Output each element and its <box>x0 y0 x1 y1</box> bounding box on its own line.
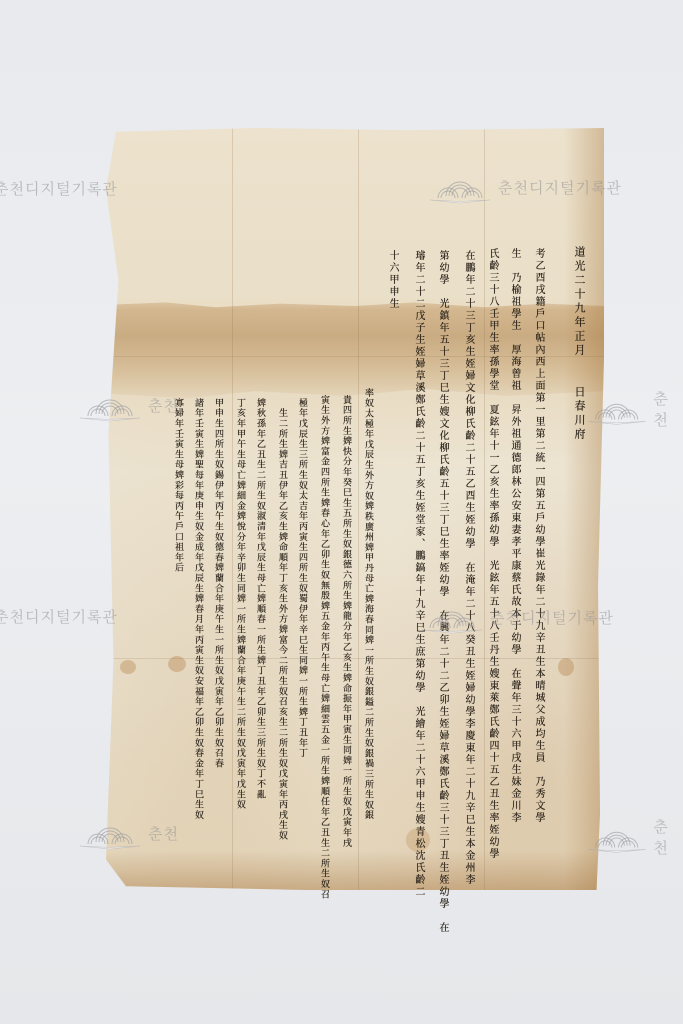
watermark: 춘천디지털기록관 <box>428 170 622 204</box>
watermark-text: 춘천 <box>148 395 179 416</box>
archive-logo-icon <box>586 392 647 426</box>
watermark-text: 춘천디지털기록관 <box>498 177 622 198</box>
fold-line <box>358 128 359 890</box>
text-column: 寅生外方婢富金四所生婢春心年乙卯生奴無殷婢五金年丙午生母亡婢細雲五金一所生婢順任… <box>318 395 330 875</box>
text-column: 考乙酉戌籍戶口帖內西上面第一里第二統一四第五戶幼學崔光錄年二十九辛丑生本晴城父成… <box>532 248 544 878</box>
watermark: 춘천디지털기록관 <box>0 606 118 627</box>
text-column-date: 道光二十九年正月 日春川府 <box>573 246 585 442</box>
text-column: 甲申生四所生奴錫伊年丙午生奴德春婢蘭合年庚午生一所生奴戊寅年乙卯生奴召春 <box>212 398 224 878</box>
watermark: 춘천 <box>78 388 179 422</box>
fold-line <box>106 356 604 357</box>
text-column: 婢秋孫年乙丑生二所生奴淑清年戊辰生母亡婢順春一所生婢丁丑年乙卯生三所生奴丁不亂 <box>254 398 266 878</box>
watermark: 춘천 <box>586 388 683 430</box>
archive-logo-icon <box>78 388 142 422</box>
text-column: 丁亥年甲午生母亡婢細金婢悅分年辛卯生同婢一所生婢蘭合年庚午生二所生奴戊寅年戊生奴 <box>234 398 246 878</box>
watermark: 춘천디지털기록관 <box>0 178 118 199</box>
watermark: 춘천디지털기록관 <box>420 600 614 634</box>
photo-stage: 道光二十九年正月 日春川府 考乙酉戌籍戶口帖內西上面第一里第二統一四第五戶幼學崔… <box>0 0 683 1024</box>
text-column: 璿年二十二戊子生姪婦草溪鄭氏齡二十五丁亥生姪堂家、鵬鎬年十九辛巳生庶第幼學 光繪… <box>412 250 424 880</box>
text-column: 在鵬年二十三丁亥生姪婦文化柳氏齡二十五乙酉生姪幼學 在淹年二十八癸丑生姪婦幼學李… <box>462 250 474 880</box>
water-stain <box>106 288 604 408</box>
text-column: 極年戊辰生三所生奴太吉年丙寅生四所生奴蜀伊年辛巳生同婢一所生婢丁丑年丁 <box>296 398 308 878</box>
bottom-stain <box>106 850 604 890</box>
text-column: 生 乃榆祖學生 厚海曾祖 昇外祖通德郎林公安東妻孝平康蔡氏故本于幼學 在聲年三十… <box>508 248 520 878</box>
fold-line <box>232 128 233 890</box>
watermark-text: 춘천디지털기록관 <box>0 606 118 627</box>
text-column: 第幼學 光鎮年五十三丁巳生嫂文化柳氏齡五十三丁巳生率姪幼學 在興年二十二乙卯生姪… <box>436 250 448 880</box>
archive-logo-icon <box>420 600 484 634</box>
watermark-text: 춘천 <box>653 816 683 858</box>
text-column: 十六甲申生 <box>386 250 398 310</box>
watermark: 춘천 <box>586 816 683 858</box>
edge-stain <box>564 128 604 890</box>
text-column: 寡婦年壬寅生母婢彩每丙午戶口祖年后 <box>172 398 184 698</box>
stain-spot <box>558 658 574 676</box>
fold-line <box>484 128 485 890</box>
archive-logo-icon <box>428 170 492 204</box>
archive-logo-icon <box>586 820 647 854</box>
text-column: 生二所生婢吉丑伊年乙亥生婢命順年丁亥生外方婢富今二所生奴召亥生二所生奴戊寅年丙戌… <box>276 398 288 878</box>
stain-spot <box>120 660 136 674</box>
watermark-text: 춘천디지털기록관 <box>0 178 118 199</box>
text-column: 諸年壬寅生婢聖每年庚申生奴金成年戊辰生婢春月年丙寅生奴安福年乙卯生奴春金年丁巳生… <box>192 398 204 878</box>
text-column: 氏齡三十八壬甲生率孫學堂 夏鉉年十一乙亥生率孫幼學 光鉉年五十八壬丹生嫂東萊鄭氏… <box>486 248 498 878</box>
archive-logo-icon <box>78 816 142 850</box>
watermark-text: 춘천디지털기록관 <box>490 607 614 628</box>
text-column: 率奴太極年戊辰生外方奴婢秩廣州婢甲丹母亡婢海春同婢一所生奴銀鎰二所生奴銀禍三所生… <box>362 388 374 868</box>
watermark-text: 춘천 <box>148 823 179 844</box>
watermark: 춘천 <box>78 816 179 850</box>
text-column: 貴四所生婢快分年癸巳生五所生奴銀德六所生婢龍分年乙亥生婢命振年甲寅生同婢一所生奴… <box>340 395 352 875</box>
watermark-text: 춘천 <box>653 388 683 430</box>
